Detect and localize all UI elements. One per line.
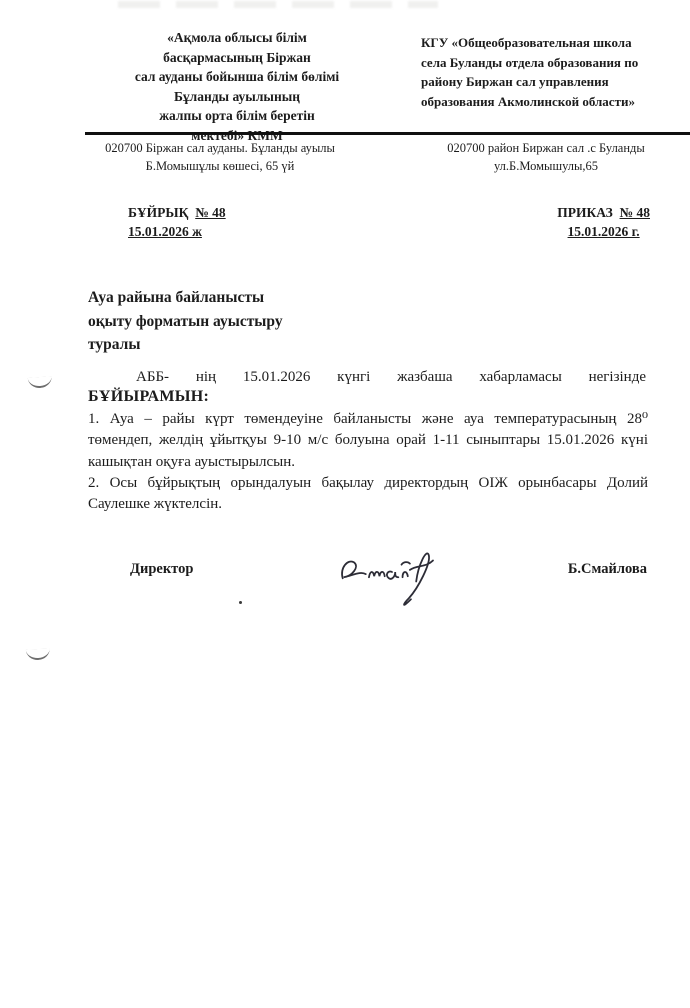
order-heading-russian: ПРИКАЗ № 48 15.01.2026 г.	[557, 203, 650, 241]
scan-dot-artifact	[239, 601, 242, 604]
org-name-kk-line: жалпы орта білім беретін	[84, 106, 390, 126]
scan-bleed-artifact	[118, 1, 438, 8]
header-divider-rule	[85, 132, 690, 135]
order-heading-kazakh: БҰЙРЫҚ № 48 15.01.2026 ж	[128, 203, 226, 241]
scanned-order-document: «Ақмола облысы білім басқармасының Біржа…	[0, 0, 690, 1008]
order-subject-line: туралы	[88, 333, 388, 357]
address-kazakh: 020700 Біржан сал ауданы. Бұланды ауылы …	[58, 140, 382, 175]
signature-role-label: Директор	[130, 561, 193, 578]
address-kk-line: Б.Момышұлы көшесі, 65 үй	[58, 158, 382, 176]
order-subject-line: Ауа райына байланысты	[88, 286, 388, 310]
address-russian: 020700 район Биржан сал .с Буланды ул.Б.…	[420, 140, 672, 175]
order-items: 1. Ауа – райы күрт төмендеуіне байланыст…	[88, 409, 648, 515]
scan-mark-artifact	[26, 648, 51, 660]
director-signature-icon	[328, 535, 454, 609]
org-name-ru-line: образования Акмолинской области»	[421, 92, 689, 112]
org-name-kk-line: «Ақмола облысы білім	[84, 28, 390, 48]
order-label-ru: ПРИКАЗ	[557, 205, 613, 220]
org-name-kk-line: басқармасының Біржан	[84, 48, 390, 68]
order-date-ru: 15.01.2026 г.	[557, 222, 650, 241]
order-number-ru: № 48	[620, 205, 650, 220]
org-name-ru-line: КГУ «Общеобразовательная школа	[421, 33, 689, 53]
org-name-kk-line: сал ауданы бойынша білім бөлімі	[84, 67, 390, 87]
order-item-2: 2. Осы бұйрықтың орындалуын бақылау дире…	[88, 473, 648, 516]
order-item-1: 1. Ауа – райы күрт төмендеуіне байланыст…	[88, 409, 648, 473]
org-name-ru-line: району Биржан сал управления	[421, 72, 689, 92]
order-date-kk: 15.01.2026 ж	[128, 222, 226, 241]
order-number-kk: № 48	[195, 205, 225, 220]
signature-name: Б.Смайлова	[568, 561, 647, 578]
org-name-ru-line: села Буланды отдела образования по	[421, 53, 689, 73]
resolution-word: БҰЙЫРАМЫН:	[88, 388, 209, 406]
order-subject-line: оқыту форматын ауыстыру	[88, 310, 388, 334]
address-ru-line: ул.Б.Момышулы,65	[420, 158, 672, 176]
address-ru-line: 020700 район Биржан сал .с Буланды	[420, 140, 672, 158]
order-preamble: АББ- нің 15.01.2026 күнгі жазбаша хабарл…	[88, 367, 646, 388]
org-name-kazakh: «Ақмола облысы білім басқармасының Біржа…	[84, 28, 390, 145]
org-name-kk-line: Бұланды ауылының	[84, 87, 390, 107]
order-subject: Ауа райына байланысты оқыту форматын ауы…	[88, 286, 388, 357]
org-name-russian: КГУ «Общеобразовательная школа села Була…	[421, 33, 689, 111]
scan-mark-artifact	[28, 376, 53, 389]
address-kk-line: 020700 Біржан сал ауданы. Бұланды ауылы	[58, 140, 382, 158]
order-label-kk: БҰЙРЫҚ	[128, 205, 188, 220]
